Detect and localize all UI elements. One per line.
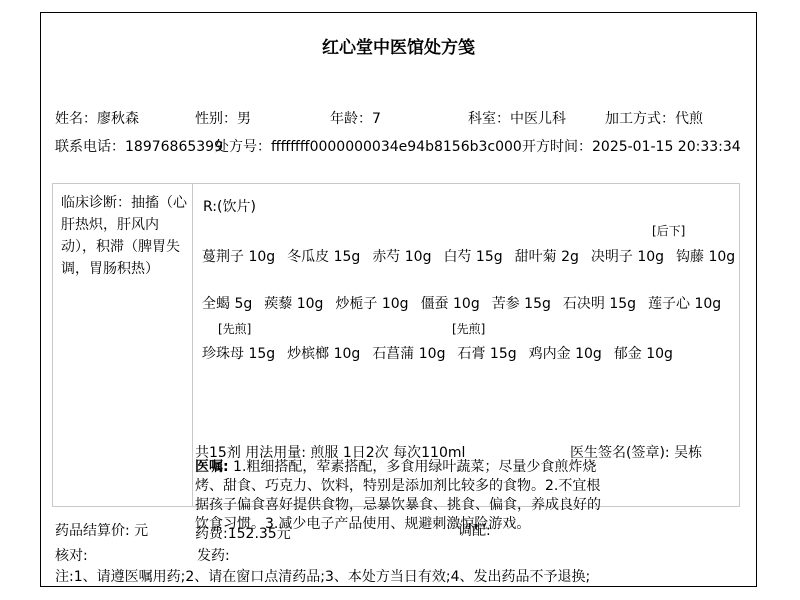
patient-department-label: 科室：: [468, 111, 510, 127]
diagnosis-line: 调，胃肠积热）: [61, 258, 189, 280]
medicine-item: 珍珠母 15g: [202, 343, 275, 363]
prescription-number-field: 处方号：ffffffff0000000034e94b8156b3c000: [215, 136, 522, 156]
patient-department-value: 中医儿科: [510, 111, 566, 127]
medicine-item: 炒栀子 10g: [335, 293, 408, 313]
diagnosis-line: 临床诊断：抽搐（心: [61, 192, 189, 214]
rx-box-divider: [192, 183, 193, 507]
page-title: 红心堂中医馆处方笺: [40, 33, 757, 58]
phone-field: 联系电话：18976865399: [55, 136, 223, 156]
patient-gender-label: 性别：: [195, 111, 237, 127]
medicine-item: 炒槟榔 10g: [287, 343, 360, 363]
patient-department-field: 科室：中医儿科: [468, 108, 566, 128]
diagnosis-line: 肝热炽，肝风内: [61, 214, 189, 236]
note-xianjian-2: [先煎]: [452, 320, 485, 337]
medicine-item: 赤芍 10g: [372, 246, 431, 266]
medicine-item: 石决明 15g: [563, 293, 636, 313]
patient-gender-field: 性别：男: [195, 108, 251, 128]
medicine-item: 郁金 10g: [614, 343, 673, 363]
medicine-item: 鸡内金 10g: [529, 343, 602, 363]
patient-age-field: 年龄：7: [330, 108, 381, 128]
check-field: 核对:: [55, 545, 88, 565]
clinical-diagnosis: 临床诊断：抽搐（心 肝热炽，肝风内 动），积滞（脾胃失 调，胃肠积热）: [61, 192, 189, 280]
medicine-item: 全蝎 5g: [202, 293, 252, 313]
patient-gender-value: 男: [237, 111, 251, 127]
doctor-signature-name: 吴栋: [674, 445, 702, 461]
medicine-item: 钩藤 10g: [676, 246, 735, 266]
patient-age-value: 7: [372, 111, 381, 127]
medicine-item: 苦参 15g: [492, 293, 551, 313]
note-houxia: [后下]: [652, 222, 685, 239]
advice-line: 医嘱: 1.粗细搭配，荤素搭配，多食用绿叶蔬菜；尽量少食煎炸烧: [195, 458, 601, 477]
medicine-item: 甜叶菊 2g: [515, 246, 579, 266]
advice-line: 据孩子偏食喜好提供食物，忌暴饮暴食、挑食、偏食，养成良好的: [195, 496, 601, 515]
rx-header: R:(饮片): [203, 196, 256, 216]
prescription-time-value: 2025-01-15 20:33:34: [592, 139, 741, 155]
medicine-item: 白芍 15g: [443, 246, 502, 266]
medicine-line-1: 蔓荆子 10g 冬瓜皮 15g 赤芍 10g 白芍 15g 甜叶菊 2g 决明子…: [202, 246, 735, 266]
processing-method-field: 加工方式：代煎: [605, 108, 703, 128]
medicine-item: 冬瓜皮 15g: [287, 246, 360, 266]
phone-value: 18976865399: [125, 139, 223, 155]
medicine-line-2: 全蝎 5g 蒺藜 10g 炒栀子 10g 僵蚕 10g 苦参 15g 石决明 1…: [202, 293, 721, 313]
medicine-item: 石菖蒲 10g: [372, 343, 445, 363]
medicine-item: 莲子心 10g: [648, 293, 721, 313]
patient-name-value: 廖秋森: [97, 111, 139, 127]
medicine-item: 蒺藜 10g: [264, 293, 323, 313]
diagnosis-line: 动），积滞（脾胃失: [61, 236, 189, 258]
processing-method-label: 加工方式：: [605, 111, 675, 127]
patient-age-label: 年龄：: [330, 111, 372, 127]
medicine-fee-field: 药费:152.35元: [195, 523, 291, 543]
footer-notes: 注:1、请遵医嘱用药;2、请在窗口点清药品;3、本处方当日有效;4、发出药品不予…: [55, 566, 590, 586]
medicine-item: 蔓荆子 10g: [202, 246, 275, 266]
prescription-time-field: 开方时间：2025-01-15 20:33:34: [522, 136, 741, 156]
medicine-item: 决明子 10g: [591, 246, 664, 266]
phone-label: 联系电话：: [55, 139, 125, 155]
prepare-field: 调配:: [458, 520, 491, 540]
medicine-line-3: 珍珠母 15g 炒槟榔 10g 石菖蒲 10g 石膏 15g 鸡内金 10g 郁…: [202, 343, 673, 363]
dispense-field: 发药:: [197, 545, 230, 565]
processing-method-value: 代煎: [675, 111, 703, 127]
patient-name-field: 姓名：廖秋森: [55, 108, 139, 128]
settlement-price-field: 药品结算价: 元: [55, 520, 148, 540]
advice-label: 医嘱:: [195, 459, 229, 475]
patient-name-label: 姓名：: [55, 111, 97, 127]
prescription-time-label: 开方时间：: [522, 139, 592, 155]
medicine-item: 石膏 15g: [457, 343, 516, 363]
prescription-number-value: ffffffff0000000034e94b8156b3c000: [271, 139, 522, 155]
medicine-item: 僵蚕 10g: [421, 293, 480, 313]
note-xianjian-1: [先煎]: [218, 320, 251, 337]
prescription-number-label: 处方号：: [215, 139, 271, 155]
advice-line: 烤、甜食、巧克力、饮料，特别是添加剂比较多的食物。2.不宜根: [195, 477, 601, 496]
